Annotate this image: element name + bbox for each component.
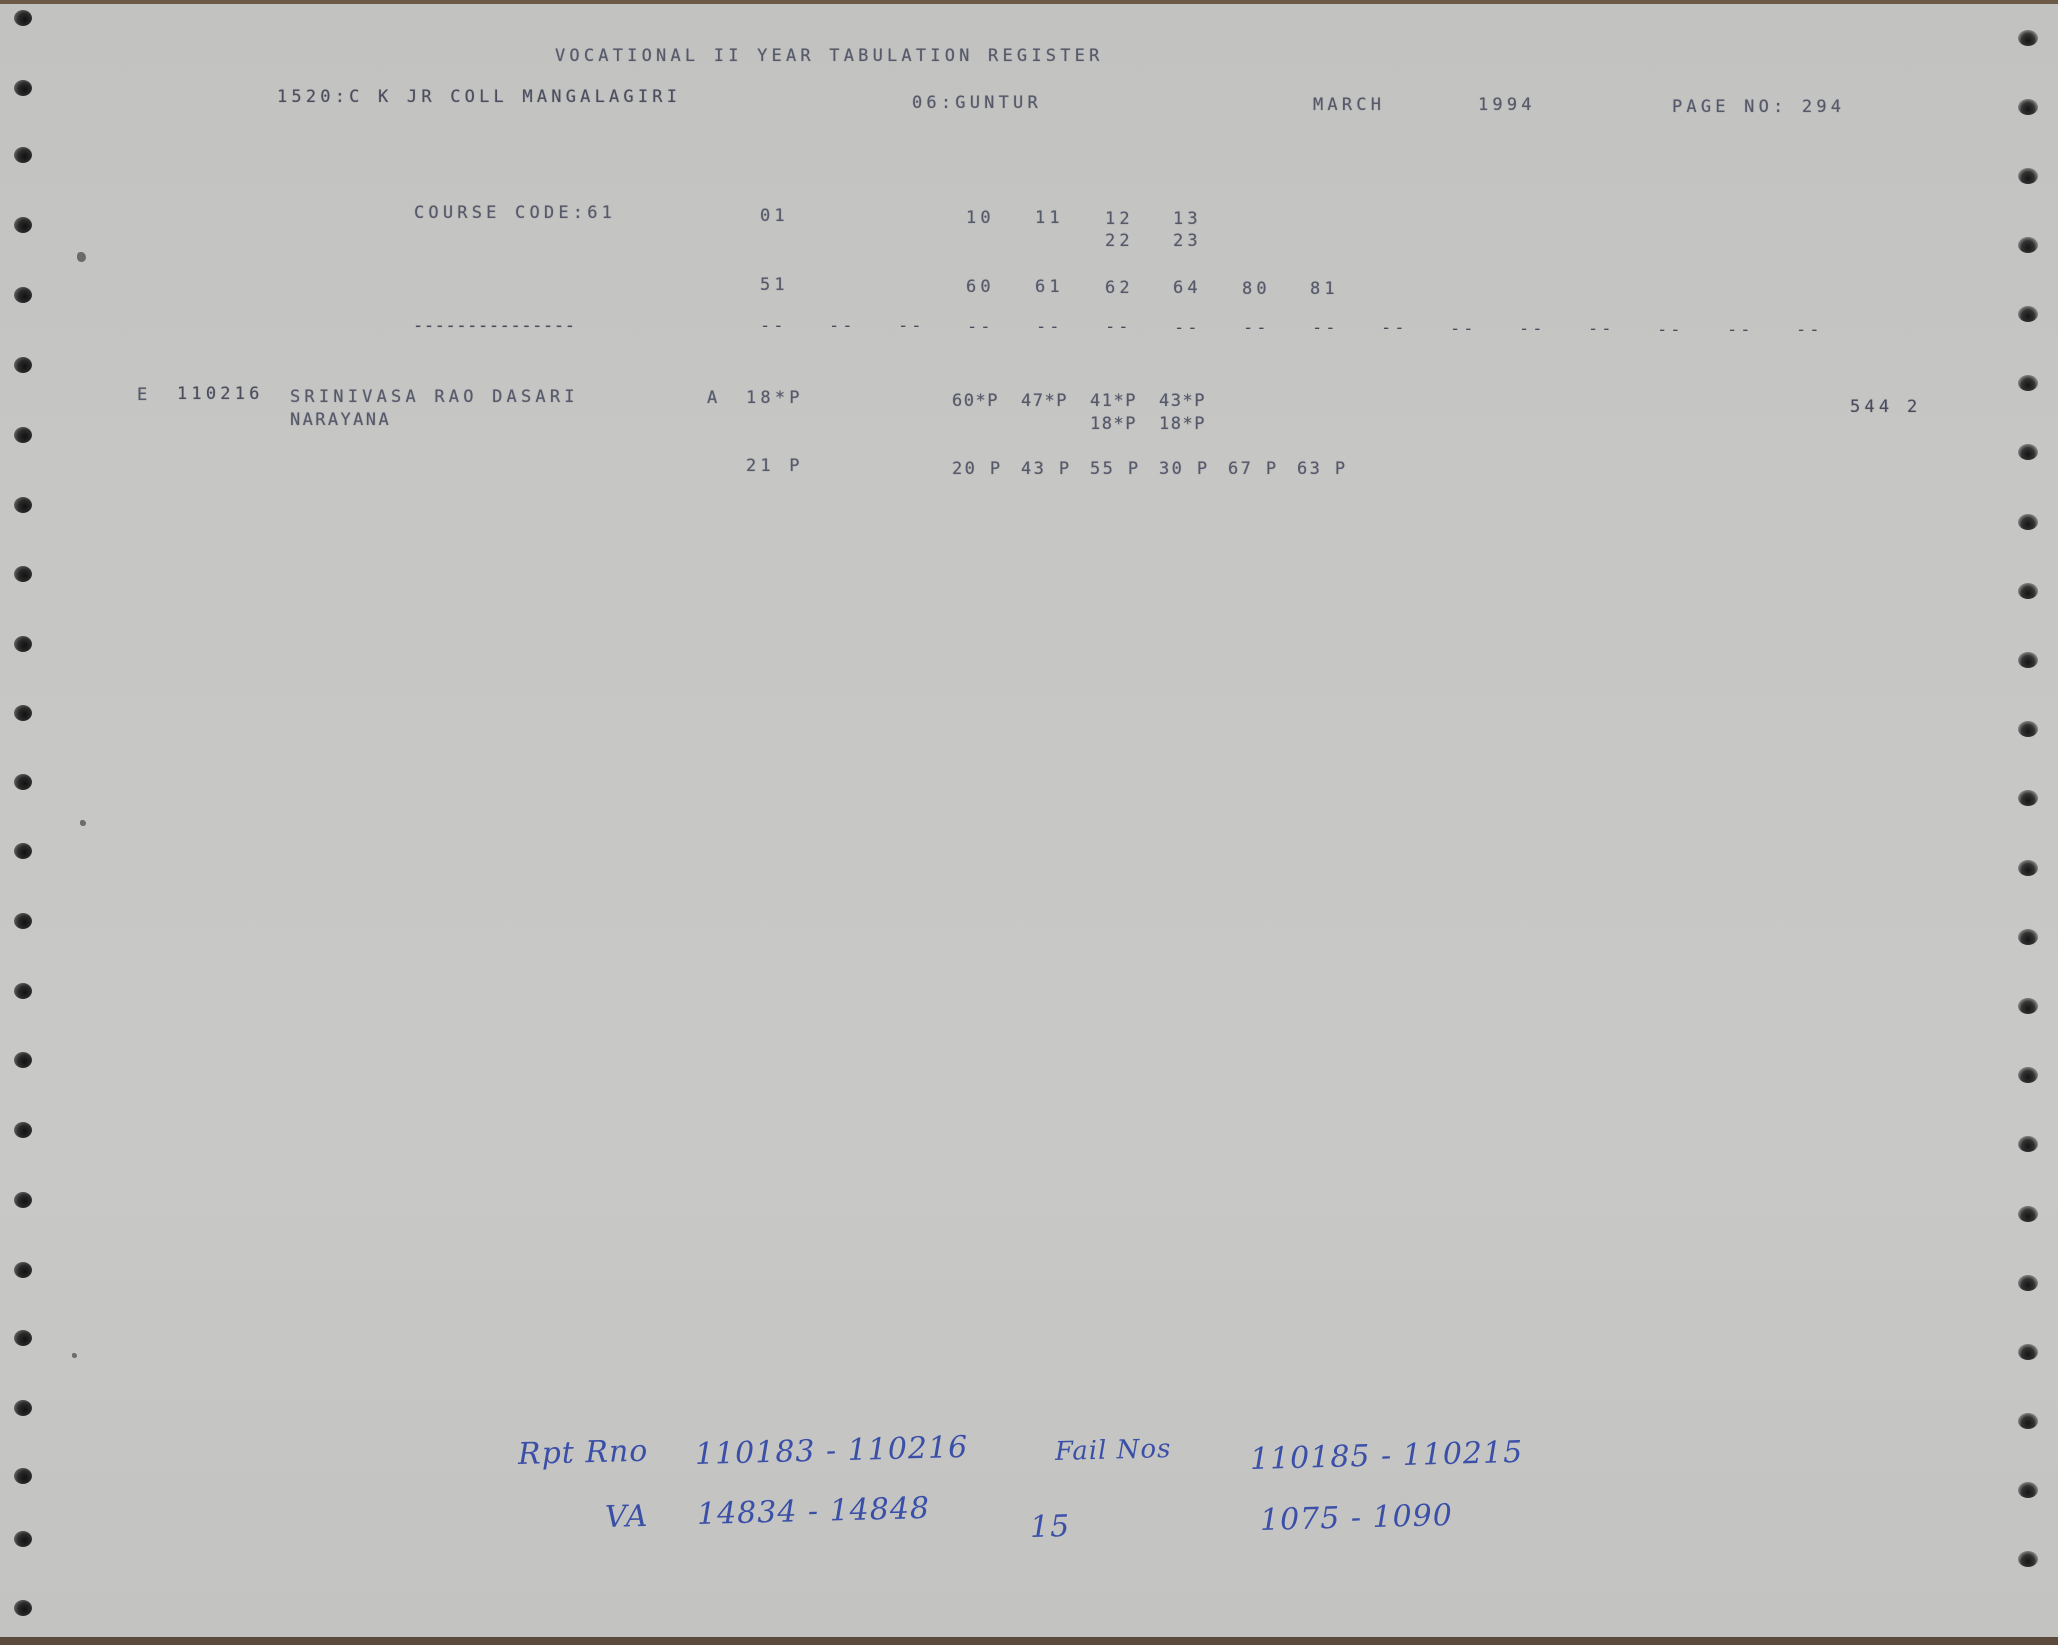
mark-60: 20 P	[952, 459, 1003, 479]
hall-ticket-number: 110216	[177, 384, 264, 404]
mark-10: 60*P	[952, 391, 999, 411]
sprocket-hole-icon	[2018, 306, 2038, 322]
subject-code-81: 81	[1310, 279, 1339, 299]
student-name: SRINIVASA RAO DASARI	[290, 387, 579, 407]
subject-code-62: 62	[1105, 278, 1134, 298]
sprocket-hole-icon	[14, 10, 32, 26]
mark-11: 47*P	[1021, 391, 1068, 411]
report-title: VOCATIONAL II YEAR TABULATION REGISTER	[555, 46, 1104, 66]
stray-ink-mark	[77, 252, 86, 262]
subject-code-13: 13	[1173, 209, 1202, 229]
mark-61: 43 P	[1021, 459, 1072, 479]
medium-code: A	[707, 388, 721, 408]
mark-81: 63 P	[1297, 459, 1348, 479]
course-code-label: COURSE CODE:61	[414, 203, 616, 223]
mark-62: 55 P	[1090, 459, 1141, 479]
handwritten-range-1: 110183 - 110216	[695, 1430, 969, 1472]
handwritten-label-va: VA	[605, 1499, 649, 1535]
stray-ink-mark	[72, 1353, 77, 1358]
sprocket-hole-icon	[2018, 790, 2038, 806]
mark-01: 18*P	[746, 388, 804, 408]
separator: --	[1381, 318, 1407, 338]
sprocket-hole-icon	[14, 1531, 32, 1547]
handwritten-label-rpt: Rpt Rno	[518, 1434, 649, 1472]
separator: --	[1727, 320, 1753, 340]
sprocket-hole-icon	[14, 217, 32, 233]
sprocket-hole-icon	[14, 1400, 32, 1416]
sprocket-hole-icon	[14, 1330, 32, 1346]
sprocket-hole-icon	[14, 843, 32, 859]
sprocket-hole-icon	[2018, 1136, 2038, 1152]
separator: --	[1174, 318, 1200, 338]
sprocket-hole-icon	[2018, 444, 2038, 460]
sprocket-hole-icon	[2018, 721, 2038, 737]
stray-ink-mark	[80, 820, 86, 826]
subject-code-60: 60	[966, 277, 995, 297]
sprocket-hole-icon	[14, 287, 32, 303]
subject-code-23: 23	[1173, 231, 1202, 251]
sprocket-hole-icon	[2018, 30, 2038, 46]
exam-month: MARCH	[1313, 95, 1385, 115]
separator: --	[1588, 319, 1614, 339]
sprocket-hole-icon	[2018, 1344, 2038, 1360]
sprocket-hole-icon	[14, 80, 32, 96]
subject-code-11: 11	[1035, 208, 1064, 228]
sprocket-hole-icon	[14, 1122, 32, 1138]
mark-22: 18*P	[1090, 414, 1137, 434]
mark-13: 43*P	[1159, 391, 1206, 411]
total-marks: 544	[1850, 397, 1893, 417]
sprocket-hole-icon	[14, 705, 32, 721]
handwritten-range-2: 110185 - 110215	[1250, 1435, 1524, 1477]
sprocket-hole-icon	[2018, 237, 2038, 253]
exam-year: 1994	[1478, 95, 1536, 115]
sprocket-hole-icon	[2018, 998, 2038, 1014]
separator: --	[1243, 318, 1269, 338]
sprocket-hole-icon	[2018, 860, 2038, 876]
sprocket-hole-icon	[2018, 99, 2038, 115]
separator: --	[1450, 319, 1476, 339]
subject-code-51: 51	[760, 275, 789, 295]
separator: --	[1796, 320, 1822, 340]
sprocket-hole-icon	[14, 427, 32, 443]
student-name-continued: NARAYANA	[290, 410, 391, 430]
subject-code-01: 01	[760, 206, 789, 226]
sprocket-holes-left	[14, 0, 54, 1645]
sprocket-hole-icon	[2018, 1067, 2038, 1083]
sprocket-hole-icon	[14, 913, 32, 929]
sprocket-hole-icon	[14, 636, 32, 652]
sprocket-hole-icon	[2018, 375, 2038, 391]
result-code: 2	[1907, 397, 1921, 417]
sprocket-hole-icon	[2018, 1413, 2038, 1429]
header-underline: ---------------	[413, 316, 576, 336]
printout-sheet	[0, 4, 2058, 1637]
separator: --	[829, 316, 855, 336]
mark-64: 30 P	[1159, 459, 1210, 479]
sprocket-hole-icon	[14, 1052, 32, 1068]
sprocket-hole-icon	[14, 1192, 32, 1208]
separator: --	[1105, 317, 1131, 337]
sprocket-hole-icon	[14, 983, 32, 999]
subject-code-61: 61	[1035, 277, 1064, 297]
subject-code-12: 12	[1105, 209, 1134, 229]
separator: --	[1519, 319, 1545, 339]
sprocket-hole-icon	[14, 566, 32, 582]
sprocket-hole-icon	[14, 1600, 32, 1616]
sprocket-hole-icon	[14, 147, 32, 163]
page-number: PAGE NO: 294	[1672, 97, 1845, 117]
sprocket-hole-icon	[2018, 929, 2038, 945]
sprocket-hole-icon	[2018, 1206, 2038, 1222]
separator: --	[760, 316, 786, 336]
handwritten-label-fail: Fail Nos	[1055, 1434, 1172, 1467]
subject-code-22: 22	[1105, 231, 1134, 251]
sprocket-hole-icon	[2018, 583, 2038, 599]
subject-code-80: 80	[1242, 279, 1271, 299]
sprocket-hole-icon	[2018, 168, 2038, 184]
sprocket-hole-icon	[14, 497, 32, 513]
separator: --	[967, 317, 993, 337]
sprocket-holes-right	[2018, 0, 2058, 1645]
sprocket-hole-icon	[2018, 1551, 2038, 1567]
sprocket-hole-icon	[2018, 514, 2038, 530]
separator: --	[898, 316, 924, 336]
mark-80: 67 P	[1228, 459, 1279, 479]
college-name: 1520:C K JR COLL MANGALAGIRI	[277, 87, 681, 107]
sprocket-hole-icon	[2018, 1482, 2038, 1498]
handwritten-range-4: 1075 - 1090	[1260, 1498, 1454, 1538]
sprocket-hole-icon	[14, 1468, 32, 1484]
sprocket-hole-icon	[14, 1262, 32, 1278]
sprocket-hole-icon	[2018, 652, 2038, 668]
separator: --	[1312, 318, 1338, 338]
separator: --	[1036, 317, 1062, 337]
separator: --	[1657, 320, 1683, 340]
mark-23: 18*P	[1159, 414, 1206, 434]
mark-51: 21 P	[746, 456, 804, 476]
sprocket-hole-icon	[14, 357, 32, 373]
subject-code-10: 10	[966, 208, 995, 228]
mark-12: 41*P	[1090, 391, 1137, 411]
subject-code-64: 64	[1173, 278, 1202, 298]
handwritten-range-3: 14834 - 14848	[697, 1491, 931, 1532]
record-prefix: E	[137, 385, 151, 405]
handwritten-count: 15	[1030, 1509, 1071, 1545]
paper-bottom-edge	[0, 1637, 2058, 1645]
sprocket-hole-icon	[14, 774, 32, 790]
district-name: 06:GUNTUR	[912, 93, 1042, 113]
sprocket-hole-icon	[2018, 1275, 2038, 1291]
